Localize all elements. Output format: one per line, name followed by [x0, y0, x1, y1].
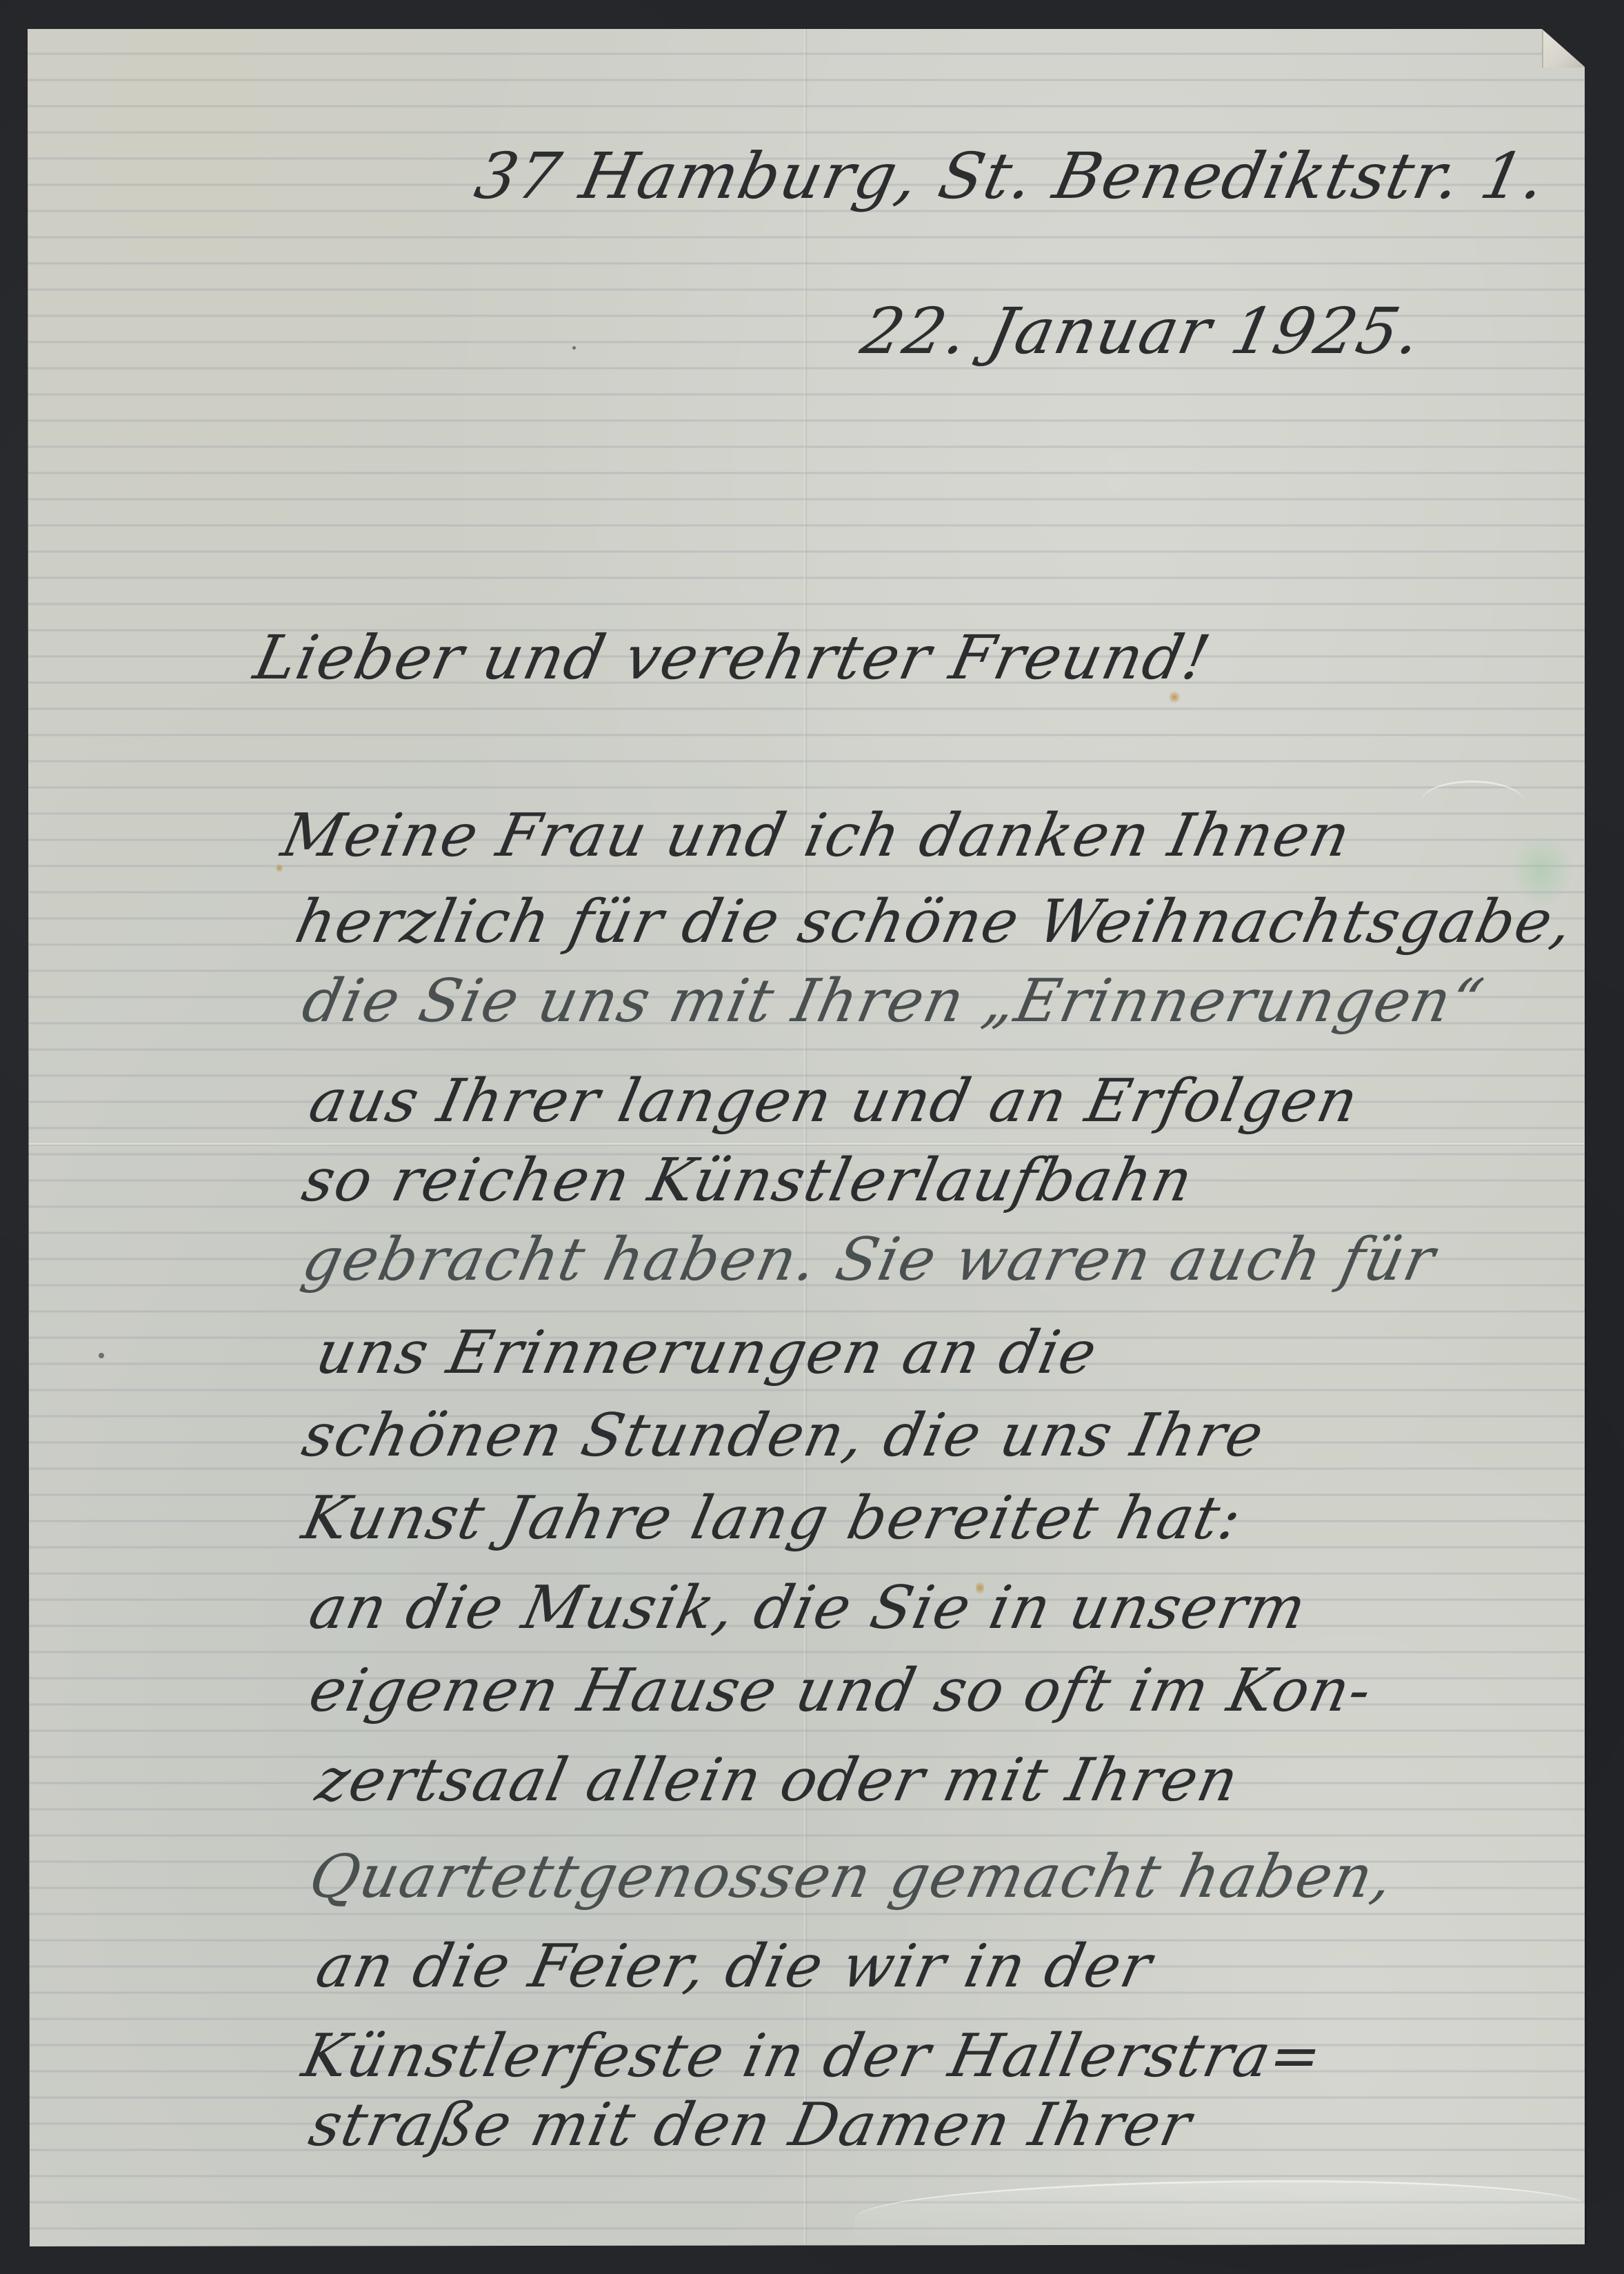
- water-stain-edge: [1421, 781, 1524, 824]
- body-line: uns Erinnerungen an die: [310, 1318, 1104, 1387]
- body-line: an die Musik, die Sie in unserm: [303, 1573, 1313, 1642]
- body-line: an die Feier, die wir in der: [310, 1932, 1159, 2001]
- body-line: Meine Frau und ich danken Ihnen: [276, 801, 1357, 870]
- body-line: aus Ihrer langen und an Erfolgen: [303, 1067, 1365, 1136]
- body-line: gebracht haben. Sie waren auch für: [297, 1225, 1442, 1294]
- body-line: eigenen Hause und so oft im Kon-: [303, 1656, 1379, 1725]
- letter-salutation: Lieber und verehrter Freund!: [248, 622, 1217, 693]
- body-line: Kunst Jahre lang bereitet hat:: [297, 1484, 1248, 1553]
- ink-dot: [99, 1353, 104, 1358]
- body-line: schönen Stunden, die uns Ihre: [297, 1401, 1270, 1470]
- body-line: so reichen Künstlerlaufbahn: [297, 1146, 1200, 1215]
- letter-sheet: 37 Hamburg, St. Benediktstr. 1. 22. Janu…: [28, 29, 1585, 2246]
- vertical-fold-crease: [804, 29, 807, 2246]
- letter-date: 22. Januar 1925.: [855, 294, 1429, 368]
- folded-corner: [1542, 29, 1585, 68]
- body-line: Quartettgenossen gemacht haben,: [303, 1842, 1401, 1911]
- body-line: straße mit den Damen Ihrer: [303, 2091, 1199, 2160]
- body-line: die Sie uns mit Ihren „Erinnerungen“: [297, 967, 1490, 1036]
- body-line: Künstlerfeste in der Hallerstra=: [297, 2022, 1329, 2091]
- ink-dot: [572, 346, 576, 350]
- body-line: herzlich für die schöne Weihnachtsgabe,: [290, 887, 1580, 956]
- body-line: zertsaal allein oder mit Ihren: [310, 1746, 1245, 1815]
- letter-address: 37 Hamburg, St. Benediktstr. 1.: [469, 139, 1553, 213]
